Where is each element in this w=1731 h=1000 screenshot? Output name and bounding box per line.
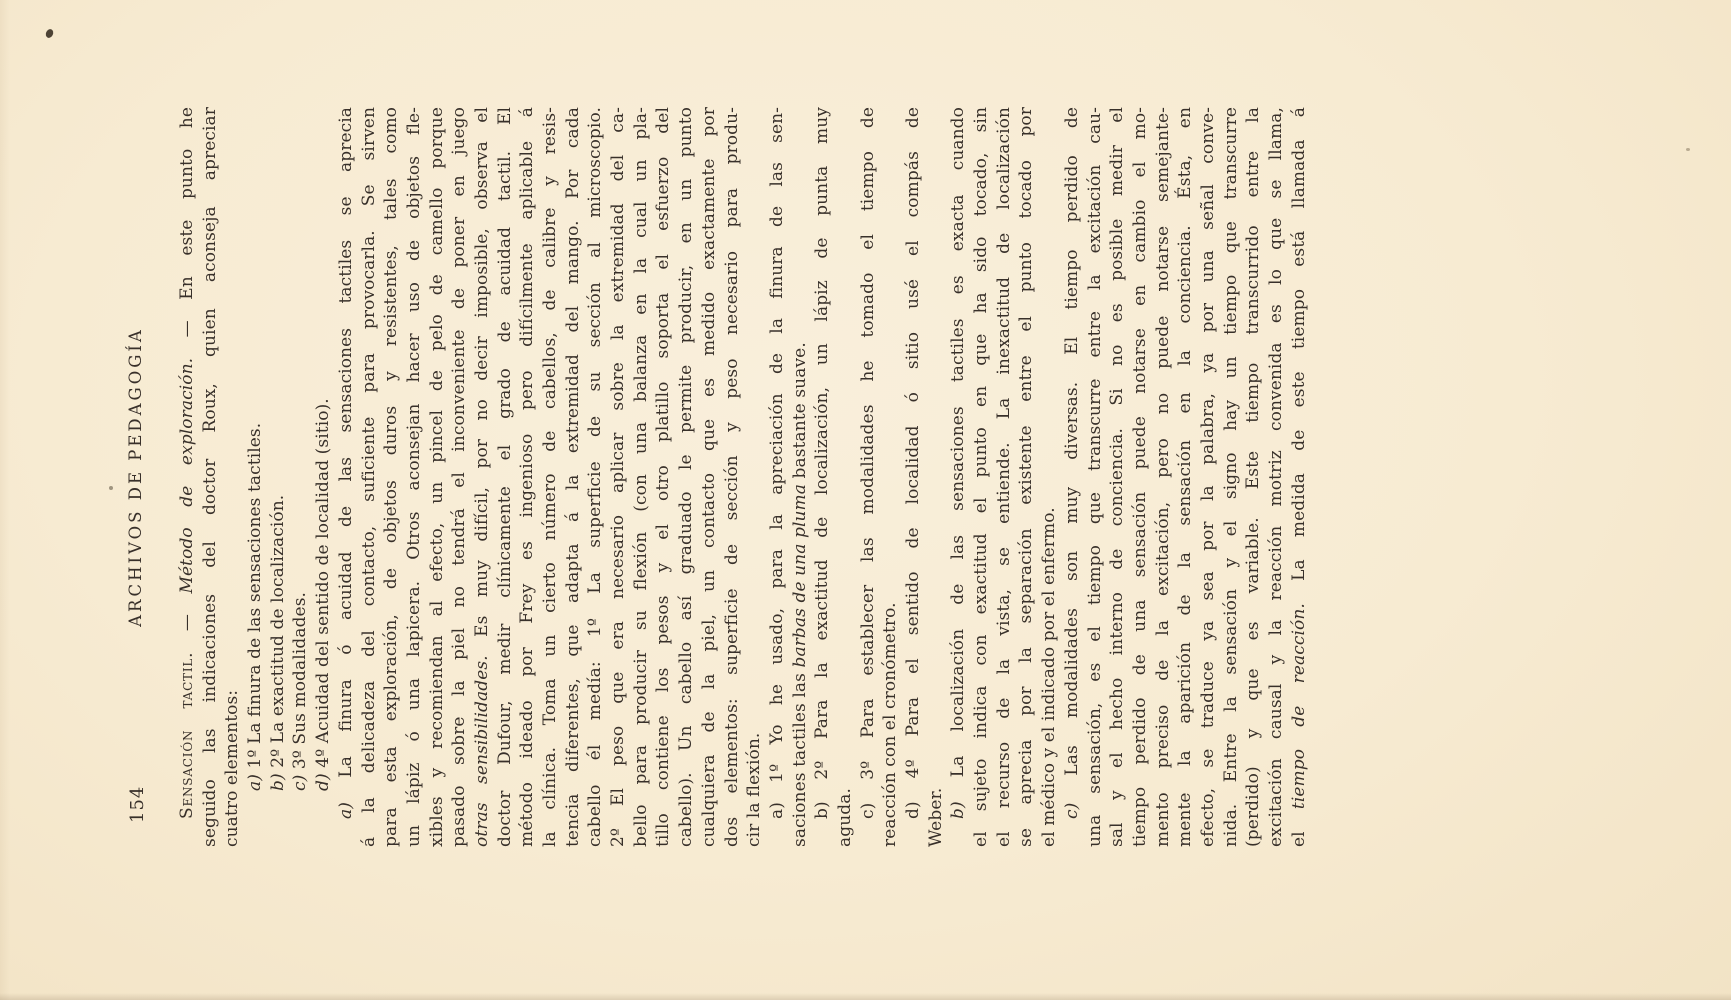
text: cabello). Un cabello así graduado le per… [676, 107, 696, 847]
text: b) 2º Para la exactitud de localización,… [812, 107, 832, 819]
text-line: a) 1º Yo he usado, para la apreciación d… [766, 107, 789, 847]
text: una sensación, es el tiempo que transcur… [1085, 107, 1105, 847]
text: á la delicadeza del contacto, suficiente… [359, 107, 379, 847]
text-line: el médico y el indicado por el enfermo. [1038, 107, 1061, 847]
italic-text: otras sensibilidades. [472, 655, 492, 847]
text-line: cabello él medía: 1º La superficie de su… [584, 107, 607, 847]
text: bello para producir su flexión (con una … [631, 107, 651, 847]
text: — [177, 593, 197, 651]
text: bastante suave. [790, 342, 810, 484]
text-line: á la delicadeza del contacto, suficiente… [358, 107, 381, 847]
text: saciones tactiles las [790, 668, 810, 847]
text-line: un lápiz ó una lapicera. Otros aconsejan… [403, 107, 426, 847]
text: xibles y recomiendan al efecto, un pince… [427, 107, 447, 847]
text-line: tillo contiene los pesos y el otro plati… [652, 107, 675, 847]
text-line: (perdido) y que es variable. Este tiempo… [1242, 107, 1265, 847]
text-line: cabello). Un cabello así graduado le per… [675, 107, 698, 847]
text: cuatro elementos: [222, 690, 242, 847]
text: cir la flexión. [744, 733, 764, 847]
text-line: tiempo perdido de una sensación puede no… [1129, 107, 1152, 847]
text: tencia diferentes, que adapta á la extre… [563, 107, 583, 847]
text-line: b) La localización de las sensaciones ta… [947, 107, 970, 847]
text: cualquiera de la piel, un contacto que e… [699, 107, 719, 847]
text: el recurso de la vista, se entiende. La … [994, 107, 1014, 847]
text-line: c) Las modalidades son muy diversas. El … [1061, 107, 1084, 847]
text: reacción con el cronómetro. [880, 602, 900, 847]
text-line: tencia diferentes, que adapta á la extre… [562, 107, 585, 847]
rotated-page: 154 ARCHIVOS DE PEDAGOGÍA Sensación tact… [0, 0, 1731, 1000]
text-line: xibles y recomiendan al efecto, un pince… [426, 107, 449, 847]
text-line: pasado sobre la piel no tendrá el inconv… [448, 107, 471, 847]
journal-title: ARCHIVOS DE PEDAGOGÍA [126, 107, 145, 847]
text-line: la clínica. Toma un cierto número de cab… [539, 107, 562, 847]
italic-text: barbas de una pluma [790, 484, 810, 668]
text: método ideado por Frey es ingenioso pero… [517, 107, 537, 847]
text: seguido las indicaciones del doctor Roux… [200, 107, 220, 847]
smallcaps-text: Sensación tactil. [177, 652, 197, 819]
text: doctor Dufour, medir clínicamente el gra… [495, 107, 515, 847]
text: d) 4º Para el sentido de localidad ó sit… [903, 107, 923, 819]
text-line: otras sensibilidades. Es muy difícil, po… [471, 107, 494, 847]
italic-text: c) [290, 775, 310, 791]
text-line: d) 4º Para el sentido de localidad ó sit… [902, 107, 925, 847]
text-line: c) 3º Para establecer las modalidades he… [857, 107, 880, 847]
text-line: excitación causal y la reacción motriz c… [1265, 107, 1288, 847]
text-line: cuatro elementos: [221, 107, 244, 847]
text-line: el sujeto indica con exactitud el punto … [970, 107, 993, 847]
text: La localización de las sensaciones tacti… [948, 107, 968, 801]
text: c) 3º Para establecer las modalidades he… [858, 107, 878, 819]
italic-text: tiempo de reacción. [1289, 603, 1309, 809]
text: Es muy difícil, por no decir imposible, … [472, 107, 492, 655]
text-line: b) 2º Para la exactitud de localización,… [811, 107, 834, 847]
text: la clínica. Toma un cierto número de cab… [540, 107, 560, 847]
text: para esta exploración, de objetos duros … [381, 107, 401, 847]
text: el [1289, 809, 1309, 847]
text-line: bello para producir su flexión (con una … [630, 107, 653, 847]
text-line: mente la aparición de la sensación en la… [1174, 107, 1197, 847]
text-line: una sensación, es el tiempo que transcur… [1084, 107, 1107, 847]
text-line: a) La finura ó acuidad de las sensacione… [335, 107, 358, 847]
text: cabello él medía: 1º La superficie de su… [585, 107, 605, 847]
text-line: cir la flexión. [743, 107, 766, 847]
text: a) 1º Yo he usado, para la apreciación d… [767, 107, 787, 819]
text-line: seguido las indicaciones del doctor Roux… [199, 107, 222, 847]
body-text: Sensación tactil. — Método de exploració… [176, 107, 1310, 847]
text-line: método ideado por Frey es ingenioso pero… [516, 107, 539, 847]
text-line: el recurso de la vista, se entiende. La … [993, 107, 1016, 847]
italic-text: Método de exploración. [177, 358, 197, 594]
text: 3º Sus modalidades. [290, 592, 310, 775]
page-header: 154 ARCHIVOS DE PEDAGOGÍA [126, 107, 152, 847]
text: Las modalidades son muy diversas. El tie… [1062, 107, 1082, 803]
text: pasado sobre la piel no tendrá el inconv… [449, 107, 469, 847]
text: un lápiz ó una lapicera. Otros aconsejan… [404, 107, 424, 847]
text-line: cualquiera de la piel, un contacto que e… [698, 107, 721, 847]
text: dos elementos: superficie de sección y p… [722, 107, 742, 847]
text: La medida de este tiempo está llamada á [1289, 107, 1309, 603]
text: 1º La finura de las sensaciones tactiles… [245, 423, 265, 774]
text: efecto, se traduce ya sea por la palabra… [1198, 107, 1218, 847]
book-page-scan: 154 ARCHIVOS DE PEDAGOGÍA Sensación tact… [0, 0, 1731, 1000]
text: mento preciso de la excitación, pero no … [1153, 107, 1173, 847]
text: el médico y el indicado por el enfermo. [1039, 507, 1059, 847]
text: La finura ó acuidad de las sensaciones t… [336, 107, 356, 802]
text-line: c) 3º Sus modalidades. [289, 107, 312, 847]
italic-text: a) [336, 802, 356, 819]
italic-text: a) [245, 774, 265, 791]
text: nida. Entre la sensación y el signo hay … [1221, 107, 1241, 847]
text-line: a) 1º La finura de las sensaciones tacti… [244, 107, 267, 847]
text: tillo contiene los pesos y el otro plati… [653, 107, 673, 847]
text-line: para esta exploración, de objetos duros … [380, 107, 403, 847]
text-line: se aprecia por la separación existente e… [1015, 107, 1038, 847]
italic-text: d) [313, 773, 333, 791]
text-line: mento preciso de la excitación, pero no … [1152, 107, 1175, 847]
text-line: saciones tactiles las barbas de una plum… [789, 107, 812, 847]
text: sal y el hecho interno de conciencia. Si… [1107, 107, 1127, 847]
text-line: efecto, se traduce ya sea por la palabra… [1197, 107, 1220, 847]
text: tiempo perdido de una sensación puede no… [1130, 107, 1150, 847]
text-line: aguda. [834, 107, 857, 847]
text-line: d) 4º Acuidad del sentido de localidad (… [312, 107, 335, 847]
text: 4º Acuidad del sentido de localidad (sit… [313, 398, 333, 773]
text: (perdido) y que es variable. Este tiempo… [1243, 107, 1263, 847]
text: excitación causal y la reacción motriz c… [1266, 107, 1286, 847]
text-line: Sensación tactil. — Método de exploració… [176, 107, 199, 847]
text-line: reacción con el cronómetro. [879, 107, 902, 847]
text: 2º El peso que era necesario aplicar sob… [608, 107, 628, 847]
text-line: 2º El peso que era necesario aplicar sob… [607, 107, 630, 847]
text-line: dos elementos: superficie de sección y p… [721, 107, 744, 847]
text-line: doctor Dufour, medir clínicamente el gra… [494, 107, 517, 847]
italic-text: c) [1062, 803, 1082, 819]
page-number: 154 [127, 786, 148, 823]
text: 2º La exactitud de localización. [268, 495, 288, 774]
text: el sujeto indica con exactitud el punto … [971, 107, 991, 847]
text: — En este punto he [177, 107, 197, 358]
text-line: el tiempo de reacción. La medida de este… [1288, 107, 1311, 847]
text-line: Weber. [925, 107, 948, 847]
text: aguda. [835, 788, 855, 847]
text: se aprecia por la separación existente e… [1016, 107, 1036, 847]
text-line: nida. Entre la sensación y el signo hay … [1220, 107, 1243, 847]
text-line: b) 2º La exactitud de localización. [267, 107, 290, 847]
italic-text: b) [948, 801, 968, 819]
text-line: sal y el hecho interno de conciencia. Si… [1106, 107, 1129, 847]
text: mente la aparición de la sensación en la… [1175, 107, 1195, 847]
italic-text: b) [268, 773, 288, 791]
text: Weber. [926, 788, 946, 847]
